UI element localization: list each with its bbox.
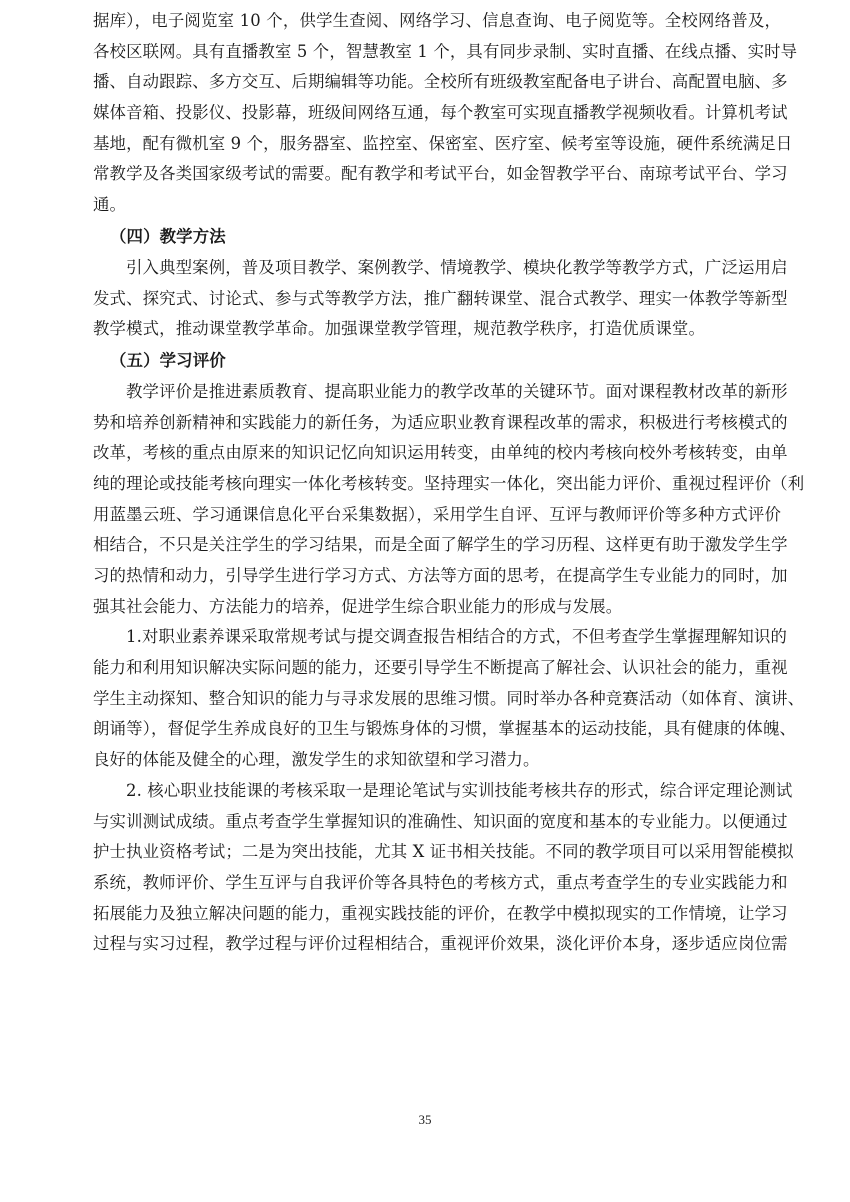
text-line: 朗诵等），督促学生养成良好的卫生与锻炼身体的习惯，掌握基本的运动技能，具有健康的… xyxy=(93,714,781,745)
section-heading-teaching-methods: （四）教学方法 xyxy=(93,221,781,253)
paragraph-evaluation-intro: 教学评价是推进素质教育、提高职业能力的教学改革的关键环节。面对课程教材改革的新形… xyxy=(93,377,781,623)
text-line: 过程与实习过程，教学过程与评价过程相结合，重视评价效果，淡化评价本身，逐步适应岗… xyxy=(93,929,781,960)
text-line: 强其社会能力、方法能力的培养，促进学生综合职业能力的形成与发展。 xyxy=(93,592,781,623)
text-line: 常教学及各类国家级考试的需要。配有教学和考试平台，如金智教学平台、南琼考试平台、… xyxy=(93,159,781,190)
page-number: 35 xyxy=(0,1112,850,1128)
text-line: 学生主动探知、整合知识的能力与寻求发展的思维习惯。同时举办各种竞赛活动（如体育、… xyxy=(93,684,781,715)
text-line: 相结合，不只是关注学生的学习结果，而是全面了解学生的学习历程、这样更有助于激发学… xyxy=(93,530,781,561)
text-line: 播、自动跟踪、多方交互、后期编辑等功能。全校所有班级教室配备电子讲台、高配置电脑… xyxy=(93,67,781,98)
text-line: 习的热情和动力，引导学生进行学习方式、方法等方面的思考，在提高学生专业能力的同时… xyxy=(93,561,781,592)
text-line: 与实训测试成绩。重点考查学生掌握知识的准确性、知识面的宽度和基本的专业能力。以便… xyxy=(93,807,781,838)
text-line: 势和培养创新精神和实践能力的新任务，为适应职业教育课程改革的需求，积极进行考核模… xyxy=(93,408,781,439)
text-line: 媒体音箱、投影仪、投影幕，班级间网络互通，每个教室可实现直播教学视频收看。计算机… xyxy=(93,98,781,129)
text-line: 通。 xyxy=(93,190,781,221)
document-page: 据库），电子阅览室 10 个，供学生查阅、网络学习、信息查询、电子阅览等。全校网… xyxy=(93,6,781,960)
text-line: 据库），电子阅览室 10 个，供学生查阅、网络学习、信息查询、电子阅览等。全校网… xyxy=(93,6,781,37)
text-line: 系统，教师评价、学生互评与自我评价等各具特色的考核方式，重点考查学生的专业实践能… xyxy=(93,868,781,899)
text-line: 能力和利用知识解决实际问题的能力，还要引导学生不断提高了解社会、认识社会的能力，… xyxy=(93,653,781,684)
text-line: 1.对职业素养课采取常规考试与提交调查报告相结合的方式，不但考查学生掌握理解知识… xyxy=(93,622,781,653)
text-line: 教学模式，推动课堂教学革命。加强课堂教学管理，规范教学秩序，打造优质课堂。 xyxy=(93,314,781,345)
text-line: 发式、探究式、讨论式、参与式等教学方法，推广翻转课堂、混合式教学、理实一体教学等… xyxy=(93,284,781,315)
paragraph-item-1: 1.对职业素养课采取常规考试与提交调查报告相结合的方式，不但考查学生掌握理解知识… xyxy=(93,622,781,775)
text-line: 教学评价是推进素质教育、提高职业能力的教学改革的关键环节。面对课程教材改革的新形 xyxy=(93,377,781,408)
paragraph-teaching-methods: 引入典型案例，普及项目教学、案例教学、情境教学、模块化教学等教学方式，广泛运用启… xyxy=(93,253,781,345)
text-line: 基地，配有微机室 9 个，服务器室、监控室、保密室、医疗室、候考室等设施，硬件系… xyxy=(93,129,781,160)
text-line: 改革，考核的重点由原来的知识记忆向知识运用转变，由单纯的校内考核向校外考核转变，… xyxy=(93,438,781,469)
text-line: 用蓝墨云班、学习通课信息化平台采集数据），采用学生自评、互评与教师评价等多种方式… xyxy=(93,500,781,531)
text-line: 拓展能力及独立解决问题的能力，重视实践技能的评价，在教学中模拟现实的工作情境，让… xyxy=(93,899,781,930)
paragraph-item-2: 2. 核心职业技能课的考核采取一是理论笔试与实训技能考核共存的形式，综合评定理论… xyxy=(93,776,781,960)
text-line: 纯的理论或技能考核向理实一体化考核转变。坚持理实一体化，突出能力评价、重视过程评… xyxy=(93,469,781,500)
text-line: 护士执业资格考试；二是为突出技能，尤其 X 证书相关技能。不同的教学项目可以采用… xyxy=(93,837,781,868)
text-line: 引入典型案例，普及项目教学、案例教学、情境教学、模块化教学等教学方式，广泛运用启 xyxy=(93,253,781,284)
text-line: 良好的体能及健全的心理，激发学生的求知欲望和学习潜力。 xyxy=(93,745,781,776)
paragraph-facilities: 据库），电子阅览室 10 个，供学生查阅、网络学习、信息查询、电子阅览等。全校网… xyxy=(93,6,781,221)
section-heading-learning-evaluation: （五）学习评价 xyxy=(93,345,781,377)
text-line: 2. 核心职业技能课的考核采取一是理论笔试与实训技能考核共存的形式，综合评定理论… xyxy=(93,776,781,807)
text-line: 各校区联网。具有直播教室 5 个，智慧教室 1 个，具有同步录制、实时直播、在线… xyxy=(93,37,781,68)
